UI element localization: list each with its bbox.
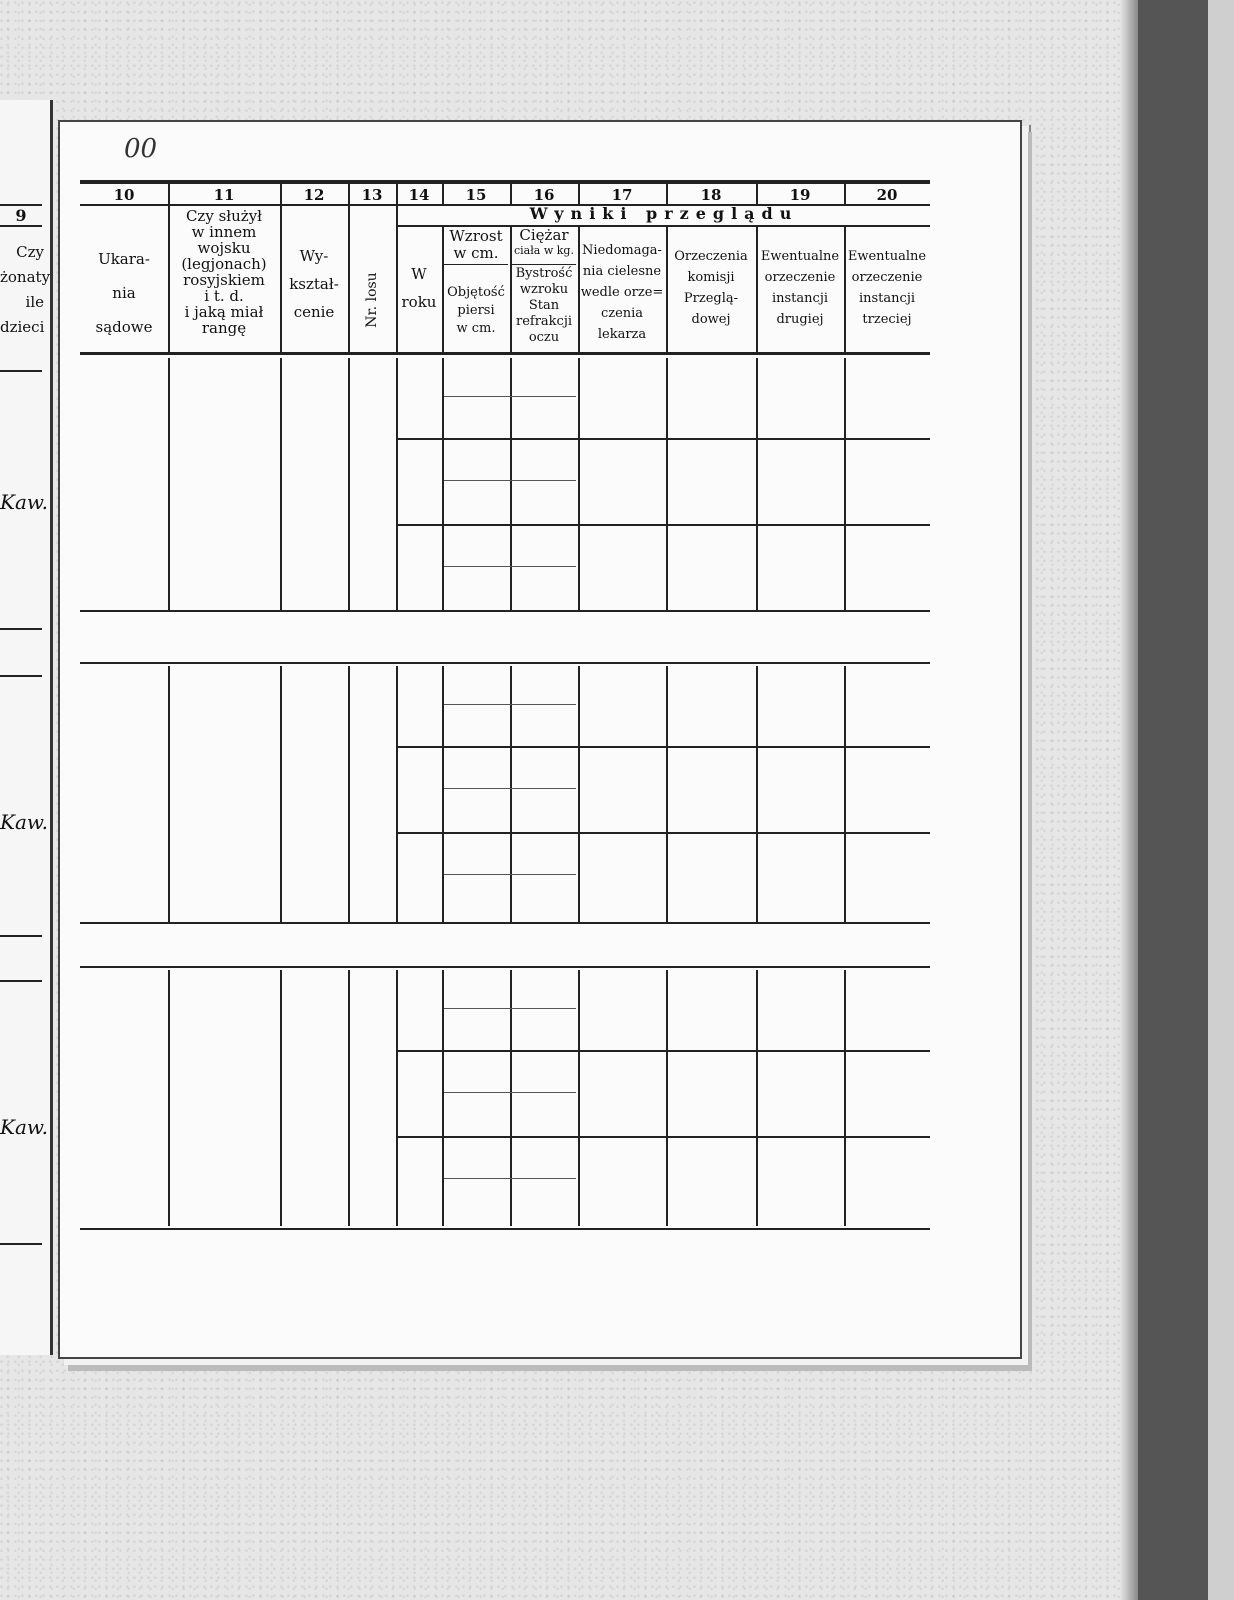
column-number: 12 bbox=[280, 186, 348, 204]
header-bottom-rule bbox=[80, 352, 930, 355]
column-divider bbox=[844, 358, 846, 610]
header-sluzba: Czy służył w innem wojsku (legjonach) ro… bbox=[168, 208, 280, 336]
rule bbox=[0, 980, 42, 982]
column-number: 14 bbox=[396, 186, 442, 204]
measure-rule bbox=[444, 1092, 576, 1093]
column-divider bbox=[348, 970, 350, 1226]
form-page: 00 10 11 12 13 14 15 16 17 18 19 20 Wyni… bbox=[58, 120, 1022, 1359]
column-number-row: 10 11 12 13 14 15 16 17 18 19 20 bbox=[80, 186, 930, 204]
column-divider bbox=[348, 666, 350, 922]
column-divider bbox=[396, 970, 398, 1226]
header-nr-losu: Nr. losu bbox=[364, 270, 380, 330]
column-divider bbox=[844, 184, 846, 204]
header-niedomagania: Niedomaga- nia cielesne wedle orze= czen… bbox=[578, 240, 666, 345]
column-divider bbox=[756, 226, 758, 352]
scan-margin bbox=[1208, 0, 1234, 1600]
header-objetosc-piersi: Objętość piersi w cm. bbox=[442, 284, 510, 338]
column-divider bbox=[666, 970, 668, 1226]
header-orzeczenia-komisji: Orzeczenia komisji Przeglą- dowej bbox=[666, 246, 756, 330]
measure-rule bbox=[444, 874, 576, 875]
column-number: 20 bbox=[844, 186, 930, 204]
column-divider bbox=[666, 226, 668, 352]
rule bbox=[444, 264, 508, 265]
handwritten-entry: Kaw. bbox=[0, 1115, 48, 1139]
previous-page: 9 Czy żonaty ile dzieci Kaw. Kaw. Kaw. bbox=[0, 100, 53, 1355]
column-divider bbox=[442, 226, 444, 352]
column-divider bbox=[844, 970, 846, 1226]
column-divider bbox=[280, 666, 282, 922]
sub-row-rule bbox=[396, 1050, 930, 1052]
sub-row-rule bbox=[396, 438, 930, 440]
handwritten-entry: Kaw. bbox=[0, 810, 48, 834]
entry-block-3 bbox=[80, 966, 930, 1230]
column-divider bbox=[578, 226, 580, 352]
column-divider bbox=[168, 666, 170, 922]
header-w-roku: W roku bbox=[396, 260, 442, 316]
header-bystrosc-wzroku: Bystrość wzroku Stan refrakcji oczu bbox=[510, 266, 578, 346]
column-number: 17 bbox=[578, 186, 666, 204]
sub-row-rule bbox=[396, 524, 930, 526]
column-number-9: 9 bbox=[0, 204, 42, 227]
column-number: 11 bbox=[168, 186, 280, 204]
column-number: 10 bbox=[80, 186, 168, 204]
column-number: 19 bbox=[756, 186, 844, 204]
binding-shadow bbox=[1120, 0, 1138, 1600]
column-divider bbox=[578, 358, 580, 610]
column-divider bbox=[280, 358, 282, 610]
sub-row-rule bbox=[396, 746, 930, 748]
column-divider bbox=[168, 970, 170, 1226]
column-divider bbox=[442, 184, 444, 204]
header-ukarania: Ukara- nia sądowe bbox=[80, 242, 168, 344]
rule bbox=[512, 264, 576, 265]
measure-rule bbox=[444, 788, 576, 789]
rule bbox=[0, 935, 42, 937]
column-divider bbox=[756, 184, 758, 204]
column-divider bbox=[756, 666, 758, 922]
column-divider bbox=[756, 358, 758, 610]
measure-rule bbox=[444, 704, 576, 705]
column-divider bbox=[578, 184, 580, 204]
block-bottom-rule bbox=[80, 610, 930, 612]
column-divider bbox=[756, 970, 758, 1226]
binding-band bbox=[1138, 0, 1208, 1600]
header-ciezar: Ciężar ciała w kg. bbox=[510, 228, 578, 258]
column-number: 18 bbox=[666, 186, 756, 204]
column-9-header: Czy żonaty ile dzieci bbox=[0, 240, 44, 340]
table-top-rule bbox=[80, 180, 930, 184]
column-divider bbox=[396, 184, 398, 352]
column-divider bbox=[510, 184, 512, 204]
sub-row-rule bbox=[396, 832, 930, 834]
column-divider bbox=[510, 226, 512, 352]
rule bbox=[0, 370, 42, 372]
block-top-rule bbox=[80, 662, 930, 664]
column-divider bbox=[578, 666, 580, 922]
block-bottom-rule bbox=[80, 1228, 930, 1230]
column-divider bbox=[844, 226, 846, 352]
column-divider bbox=[666, 666, 668, 922]
measure-rule bbox=[444, 480, 576, 481]
column-number: 13 bbox=[348, 186, 396, 204]
column-divider bbox=[280, 970, 282, 1226]
column-divider bbox=[578, 970, 580, 1226]
header-instancja-trzecia: Ewentualne orzeczenie instancji trzeciej bbox=[844, 246, 930, 330]
column-divider bbox=[396, 666, 398, 922]
section-header-wyniki: Wyniki przeglądu bbox=[398, 204, 930, 223]
measure-rule bbox=[444, 566, 576, 567]
column-number: 15 bbox=[442, 186, 510, 204]
rule bbox=[0, 1243, 42, 1245]
header-wzrost: Wzrost w cm. bbox=[442, 228, 510, 262]
column-divider bbox=[168, 184, 170, 352]
column-divider bbox=[844, 666, 846, 922]
measure-rule bbox=[444, 1008, 576, 1009]
column-divider bbox=[168, 358, 170, 610]
column-divider bbox=[280, 184, 282, 352]
rule bbox=[0, 675, 42, 677]
column-divider bbox=[396, 358, 398, 610]
column-divider bbox=[348, 184, 350, 352]
column-divider bbox=[348, 358, 350, 610]
handwritten-entry: Kaw. bbox=[0, 490, 48, 514]
entry-block-2 bbox=[80, 662, 930, 924]
measure-rule bbox=[444, 1178, 576, 1179]
header-instancja-druga: Ewentualne orzeczenie instancji drugiej bbox=[756, 246, 844, 330]
entry-block-1 bbox=[80, 358, 930, 616]
block-top-rule bbox=[80, 966, 930, 968]
column-divider bbox=[666, 184, 668, 204]
column-divider bbox=[666, 358, 668, 610]
handwritten-page-mark: 00 bbox=[124, 134, 157, 164]
rule bbox=[0, 628, 42, 630]
sub-row-rule bbox=[396, 1136, 930, 1138]
block-bottom-rule bbox=[80, 922, 930, 924]
column-number: 16 bbox=[510, 186, 578, 204]
header-wyksztalcenie: Wy- kształ- cenie bbox=[280, 242, 348, 326]
measure-rule bbox=[444, 396, 576, 397]
